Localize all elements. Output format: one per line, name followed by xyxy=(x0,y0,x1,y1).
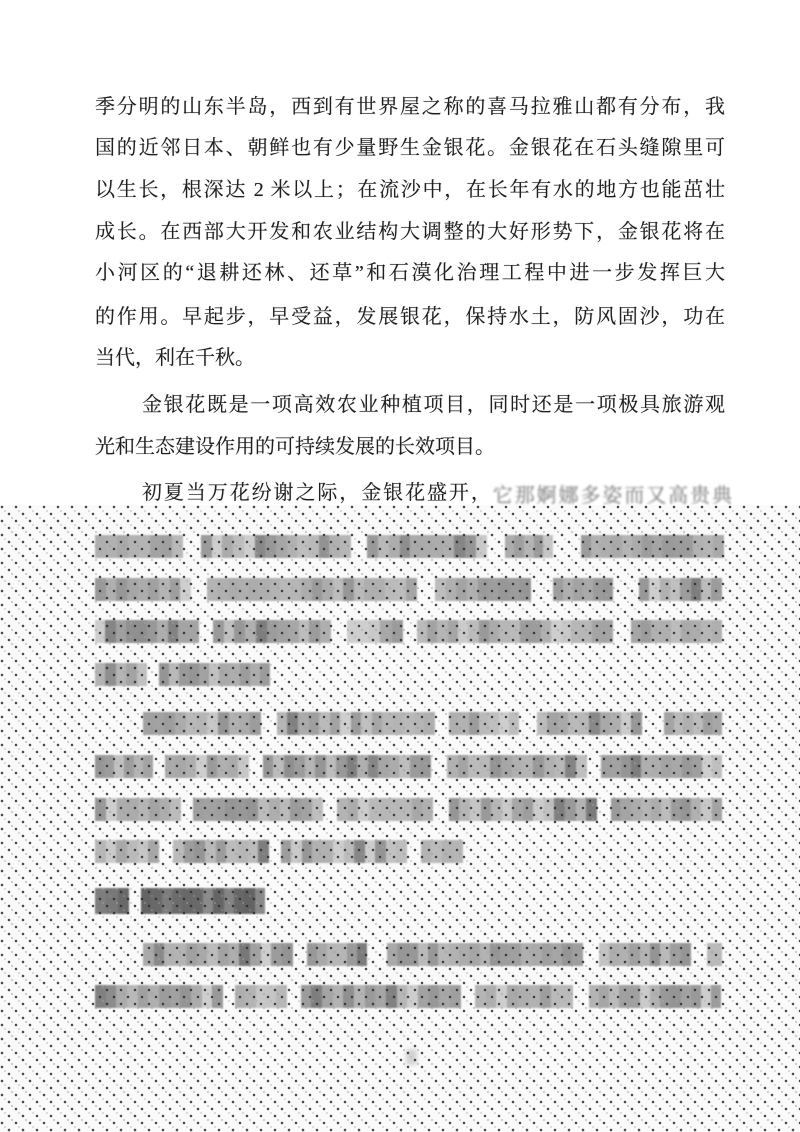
mosaic-cell xyxy=(105,755,115,778)
mosaic-cell xyxy=(226,840,237,863)
mosaic-cell xyxy=(207,943,218,966)
mosaic-cell xyxy=(250,943,261,966)
mosaic-cell xyxy=(652,535,662,558)
mosaic-segment xyxy=(421,840,463,863)
mosaic-cell xyxy=(186,712,197,735)
mosaic-cell xyxy=(459,712,469,735)
mosaic-cell xyxy=(159,578,170,601)
mosaic-cell xyxy=(116,578,127,601)
mosaic-cell xyxy=(95,840,106,863)
mosaic-cell xyxy=(481,798,492,821)
mosaic-cell xyxy=(670,578,680,601)
mosaic-segment xyxy=(553,578,613,601)
mosaic-cell xyxy=(642,535,652,558)
mosaic-cell xyxy=(309,712,320,735)
mosaic-cell xyxy=(629,943,639,966)
mosaic-cell xyxy=(403,712,414,735)
mosaic-cell xyxy=(368,755,379,778)
mosaic-cell xyxy=(589,712,600,735)
mosaic-cell xyxy=(542,943,552,966)
mosaic-cell xyxy=(650,943,660,966)
mosaic-cell xyxy=(172,888,182,914)
mosaic-segment xyxy=(143,943,293,966)
mosaic-cell xyxy=(571,620,581,643)
mosaic-cell xyxy=(692,755,702,778)
mosaic-cell xyxy=(213,620,224,643)
mosaic-cell xyxy=(354,985,365,1008)
mosaic-cell xyxy=(397,985,408,1008)
mosaic-cell xyxy=(499,712,509,735)
mosaic-cell xyxy=(609,943,619,966)
mosaic-cell xyxy=(209,663,219,686)
obscured-text-line xyxy=(95,620,722,643)
obscured-text-line xyxy=(95,985,721,1008)
mosaic-cell xyxy=(284,755,295,778)
mosaic-cell xyxy=(245,620,256,643)
mosaic-cell xyxy=(229,943,240,966)
mosaic-cell xyxy=(479,755,490,778)
mosaic-cell xyxy=(581,535,591,558)
mosaic-cell xyxy=(168,620,178,643)
mosaic-segment xyxy=(475,985,573,1008)
mosaic-cell xyxy=(175,755,186,778)
mosaic-cell xyxy=(418,943,428,966)
mosaic-cell xyxy=(213,888,223,914)
mosaic-cell xyxy=(385,578,396,601)
mosaic-cell xyxy=(611,755,621,778)
mosaic-cell xyxy=(499,620,509,643)
mosaic-cell xyxy=(217,578,228,601)
mosaic-cell xyxy=(458,620,468,643)
mosaic-cell xyxy=(219,663,229,686)
mosaic-cell xyxy=(681,943,691,966)
mosaic-cell xyxy=(164,943,175,966)
mosaic-segment xyxy=(435,578,531,601)
mosaic-cell xyxy=(651,620,661,643)
mosaic-cell xyxy=(703,535,713,558)
mosaic-segment xyxy=(447,755,587,778)
mosaic-cell xyxy=(139,535,150,558)
mosaic-cell xyxy=(558,712,569,735)
mosaic-cell xyxy=(154,712,165,735)
mosaic-cell xyxy=(681,798,691,821)
mosaic-cell xyxy=(358,620,369,643)
obscured-text-line xyxy=(143,943,722,966)
mosaic-cell xyxy=(267,620,278,643)
mosaic-cell xyxy=(291,840,302,863)
mosaic-cell xyxy=(602,620,612,643)
mosaic-cell xyxy=(552,943,562,966)
mosaic-cell xyxy=(347,620,358,643)
mosaic-cell xyxy=(301,798,312,821)
mosaic-cell xyxy=(128,535,139,558)
mosaic-cell xyxy=(632,535,642,558)
page-number-smudge xyxy=(406,1049,417,1065)
mosaic-cell xyxy=(116,663,126,686)
mosaic-cell xyxy=(297,535,308,558)
mosaic-cell xyxy=(489,620,499,643)
mosaic-cell xyxy=(475,985,486,1008)
mosaic-cell xyxy=(465,535,476,558)
mosaic-cell xyxy=(236,798,247,821)
mosaic-cell xyxy=(490,755,501,778)
mosaic-cell xyxy=(148,840,159,863)
mosaic-cell xyxy=(203,888,213,914)
mosaic-cell xyxy=(565,755,576,778)
mosaic-cell xyxy=(106,985,117,1008)
mosaic-cell xyxy=(197,943,208,966)
mosaic-cell xyxy=(502,798,513,821)
mosaic-segment xyxy=(639,578,722,601)
mosaic-cell xyxy=(631,798,641,821)
mosaic-cell xyxy=(480,943,490,966)
mosaic-cell xyxy=(105,620,115,643)
mosaic-cell xyxy=(661,620,671,643)
mosaic-cell xyxy=(661,798,671,821)
mosaic-cell xyxy=(435,578,446,601)
obscured-heading-line xyxy=(95,888,265,914)
mosaic-cell xyxy=(312,840,323,863)
mosaic-cell xyxy=(591,535,601,558)
mosaic-cell xyxy=(141,888,151,914)
mosaic-cell xyxy=(222,535,233,558)
mosaic-cell xyxy=(239,712,250,735)
mosaic-cell xyxy=(287,535,298,558)
mosaic-cell xyxy=(417,620,427,643)
mosaic-cell xyxy=(589,985,599,1008)
mosaic-cell xyxy=(660,985,670,1008)
obscured-text-line xyxy=(143,712,722,735)
mosaic-cell xyxy=(641,798,651,821)
mosaic-segment xyxy=(95,535,183,558)
mosaic-cell xyxy=(449,943,459,966)
mosaic-cell xyxy=(392,620,403,643)
mosaic-cell xyxy=(182,888,192,914)
mosaic-cell xyxy=(358,798,369,821)
mosaic-cell xyxy=(95,755,105,778)
mosaic-cell xyxy=(420,755,431,778)
mosaic-cell xyxy=(160,798,171,821)
mosaic-cell xyxy=(641,755,651,778)
mosaic-cell xyxy=(600,712,611,735)
mosaic-cell xyxy=(106,888,117,914)
mosaic-segment xyxy=(307,943,367,966)
obscured-text-line xyxy=(95,663,270,686)
mosaic-cell xyxy=(165,755,176,778)
mosaic-cell xyxy=(522,755,533,778)
mosaic-cell xyxy=(127,840,138,863)
mosaic-cell xyxy=(489,712,499,735)
mosaic-cell xyxy=(681,620,691,643)
mosaic-cell xyxy=(95,535,106,558)
mosaic-segment xyxy=(141,888,265,914)
mosaic-cell xyxy=(258,798,269,821)
mosaic-cell xyxy=(263,755,274,778)
mosaic-segment xyxy=(581,535,724,558)
mosaic-cell xyxy=(651,798,661,821)
mosaic-cell xyxy=(712,712,722,735)
mosaic-cell xyxy=(247,798,258,821)
mosaic-cell xyxy=(124,755,134,778)
mosaic-cell xyxy=(660,578,670,601)
mosaic-cell xyxy=(197,712,208,735)
mosaic-cell xyxy=(126,620,136,643)
mosaic-cell xyxy=(429,985,440,1008)
mosaic-cell xyxy=(660,943,670,966)
mosaic-cell xyxy=(601,535,611,558)
mosaic-cell xyxy=(170,985,181,1008)
mosaic-cell xyxy=(387,943,397,966)
mosaic-cell xyxy=(248,840,259,863)
mosaic-cell xyxy=(501,755,512,778)
mosaic-cell xyxy=(375,985,386,1008)
mosaic-cell xyxy=(240,663,250,686)
mosaic-cell xyxy=(259,578,270,601)
mosaic-cell xyxy=(622,535,632,558)
mosaic-cell xyxy=(691,620,701,643)
mosaic-cell xyxy=(544,755,555,778)
mosaic-cell xyxy=(664,712,674,735)
mosaic-cell xyxy=(351,712,362,735)
mosaic-cell xyxy=(265,535,276,558)
mosaic-cell xyxy=(390,798,401,821)
mosaic-cell xyxy=(302,840,313,863)
mosaic-cell xyxy=(418,985,429,1008)
mosaic-cell xyxy=(406,578,417,601)
mosaic-cell xyxy=(712,798,722,821)
mosaic-cell xyxy=(340,712,351,735)
mosaic-cell xyxy=(347,755,358,778)
mosaic-cell xyxy=(184,840,195,863)
mosaic-cell xyxy=(601,755,611,778)
mosaic-cell xyxy=(703,712,713,735)
mosaic-segment xyxy=(263,755,431,778)
mosaic-cell xyxy=(233,535,244,558)
mosaic-cell xyxy=(106,578,117,601)
mosaic-cell xyxy=(193,798,204,821)
mosaic-cell xyxy=(520,578,531,601)
mosaic-segment xyxy=(599,943,691,966)
mosaic-cell xyxy=(322,578,333,601)
mosaic-cell xyxy=(127,798,138,821)
mosaic-cell xyxy=(543,535,553,558)
mosaic-segment xyxy=(173,840,269,863)
mosaic-cell xyxy=(361,712,372,735)
mosaic-cell xyxy=(207,578,218,601)
mosaic-cell xyxy=(576,798,587,821)
mosaic-cell xyxy=(336,755,347,778)
mosaic-cell xyxy=(106,840,117,863)
mosaic-cell xyxy=(180,578,191,601)
mosaic-cell xyxy=(468,755,479,778)
mosaic-cell xyxy=(95,798,106,821)
mosaic-cell xyxy=(401,798,412,821)
mosaic-cell xyxy=(239,943,250,966)
mosaic-cell xyxy=(671,620,681,643)
mosaic-cell xyxy=(365,840,376,863)
mosaic-segment xyxy=(159,663,270,686)
mosaic-cell xyxy=(399,755,410,778)
mosaic-cell xyxy=(568,712,579,735)
mosaic-cell xyxy=(138,798,149,821)
mosaic-cell xyxy=(529,985,540,1008)
mosaic-cell xyxy=(609,985,619,1008)
mosaic-cell xyxy=(452,840,463,863)
mosaic-cell xyxy=(611,535,621,558)
mosaic-segment xyxy=(337,798,433,821)
mosaic-cell xyxy=(701,620,711,643)
mosaic-cell xyxy=(229,712,240,735)
mosaic-cell xyxy=(322,985,333,1008)
mosaic-cell xyxy=(212,985,223,1008)
mosaic-cell xyxy=(250,712,261,735)
mosaic-cell xyxy=(138,840,149,863)
mosaic-cell xyxy=(114,755,124,778)
mosaic-cell xyxy=(173,840,184,863)
mosaic-cell xyxy=(244,535,255,558)
mosaic-segment xyxy=(301,985,461,1008)
mosaic-cell xyxy=(290,798,301,821)
mosaic-cell xyxy=(202,985,213,1008)
mosaic-cell xyxy=(437,620,447,643)
mosaic-cell xyxy=(230,663,240,686)
mosaic-cell xyxy=(551,620,561,643)
mosaic-cell xyxy=(496,985,507,1008)
mosaic-cell xyxy=(380,620,391,643)
mosaic-cell xyxy=(95,985,106,1008)
mosaic-cell xyxy=(499,578,510,601)
mosaic-cell xyxy=(217,755,228,778)
mosaic-cell xyxy=(298,712,309,735)
mosaic-cell xyxy=(134,755,144,778)
mosaic-cell xyxy=(154,943,165,966)
mosaic-cell xyxy=(237,840,248,863)
mosaic-cell xyxy=(682,755,692,778)
mosaic-cell xyxy=(490,943,500,966)
mosaic-cell xyxy=(488,578,499,601)
mosaic-cell xyxy=(520,620,530,643)
mosaic-cell xyxy=(215,798,226,821)
mosaic-cell xyxy=(277,620,288,643)
mosaic-segment xyxy=(193,798,323,821)
mosaic-cell xyxy=(357,755,368,778)
mosaic-cell xyxy=(305,755,316,778)
mosaic-cell xyxy=(151,888,161,914)
mosaic-cell xyxy=(514,535,524,558)
mosaic-cell xyxy=(375,840,386,863)
mosaic-cell xyxy=(320,620,331,643)
mosaic-cell xyxy=(95,663,105,686)
mosaic-cell xyxy=(443,535,454,558)
mosaic-cell xyxy=(178,620,188,643)
mosaic-cell xyxy=(224,620,235,643)
mosaic-cell xyxy=(711,985,721,1008)
mosaic-cell xyxy=(631,620,641,643)
mosaic-cell xyxy=(712,755,722,778)
mosaic-cell xyxy=(330,712,341,735)
mosaic-cell xyxy=(562,943,572,966)
mosaic-cell xyxy=(446,578,457,601)
mosaic-segment xyxy=(201,535,351,558)
mosaic-cell xyxy=(294,755,305,778)
mosaic-cell xyxy=(148,985,159,1008)
mosaic-cell xyxy=(172,535,183,558)
mosaic-cell xyxy=(343,578,354,601)
mosaic-cell xyxy=(369,620,380,643)
mosaic-cell xyxy=(400,535,411,558)
mosaic-cell xyxy=(315,755,326,778)
mosaic-cell xyxy=(207,712,218,735)
mosaic-cell xyxy=(662,535,672,558)
mosaic-segment xyxy=(95,840,159,863)
mosaic-cell xyxy=(661,755,671,778)
mosaic-cell xyxy=(671,798,681,821)
mosaic-cell xyxy=(148,578,159,601)
mosaic-cell xyxy=(456,578,467,601)
mosaic-cell xyxy=(224,888,234,914)
mosaic-cell xyxy=(449,712,459,735)
mosaic-cell xyxy=(270,578,281,601)
mosaic-cell xyxy=(650,985,660,1008)
mosaic-cell xyxy=(410,535,421,558)
obscured-text-block xyxy=(0,0,800,1132)
mosaic-cell xyxy=(619,943,629,966)
mosaic-cell xyxy=(291,578,302,601)
mosaic-cell xyxy=(468,620,478,643)
mosaic-cell xyxy=(282,943,293,966)
mosaic-cell xyxy=(269,798,280,821)
mosaic-cell xyxy=(512,755,523,778)
mosaic-cell xyxy=(454,535,465,558)
mosaic-cell xyxy=(450,985,461,1008)
mosaic-cell xyxy=(256,620,267,643)
mosaic-cell xyxy=(169,663,179,686)
mosaic-cell xyxy=(621,755,631,778)
mosaic-cell xyxy=(369,798,380,821)
mosaic-cell xyxy=(507,985,518,1008)
mosaic-cell xyxy=(396,840,407,863)
mosaic-cell xyxy=(681,985,691,1008)
mosaic-cell xyxy=(541,620,551,643)
mosaic-segment xyxy=(213,620,331,643)
mosaic-cell xyxy=(393,712,404,735)
mosaic-cell xyxy=(218,943,229,966)
mosaic-cell xyxy=(670,985,680,1008)
mosaic-cell xyxy=(333,840,344,863)
mosaic-cell xyxy=(281,840,292,863)
mosaic-cell xyxy=(476,535,487,558)
mosaic-cell xyxy=(157,620,167,643)
mosaic-cell xyxy=(458,755,469,778)
mosaic-cell xyxy=(311,985,322,1008)
mosaic-cell xyxy=(621,712,632,735)
mosaic-segment xyxy=(601,755,722,778)
mosaic-cell xyxy=(288,620,299,643)
mosaic-segment xyxy=(235,985,287,1008)
mosaic-cell xyxy=(711,578,721,601)
mosaic-cell xyxy=(610,712,621,735)
mosaic-cell xyxy=(500,943,510,966)
mosaic-cell xyxy=(329,535,340,558)
mosaic-segment xyxy=(207,578,417,601)
scanned-document-page: 季分明的山东半岛，西到有世界屋之称的喜马拉雅山都有分布，我 国的近邻日本、朝鲜也… xyxy=(0,0,800,1132)
mosaic-cell xyxy=(340,535,351,558)
mosaic-segment xyxy=(277,712,435,735)
mosaic-cell xyxy=(469,712,479,735)
mosaic-cell xyxy=(389,755,400,778)
mosaic-cell xyxy=(414,712,425,735)
mosaic-cell xyxy=(486,985,497,1008)
